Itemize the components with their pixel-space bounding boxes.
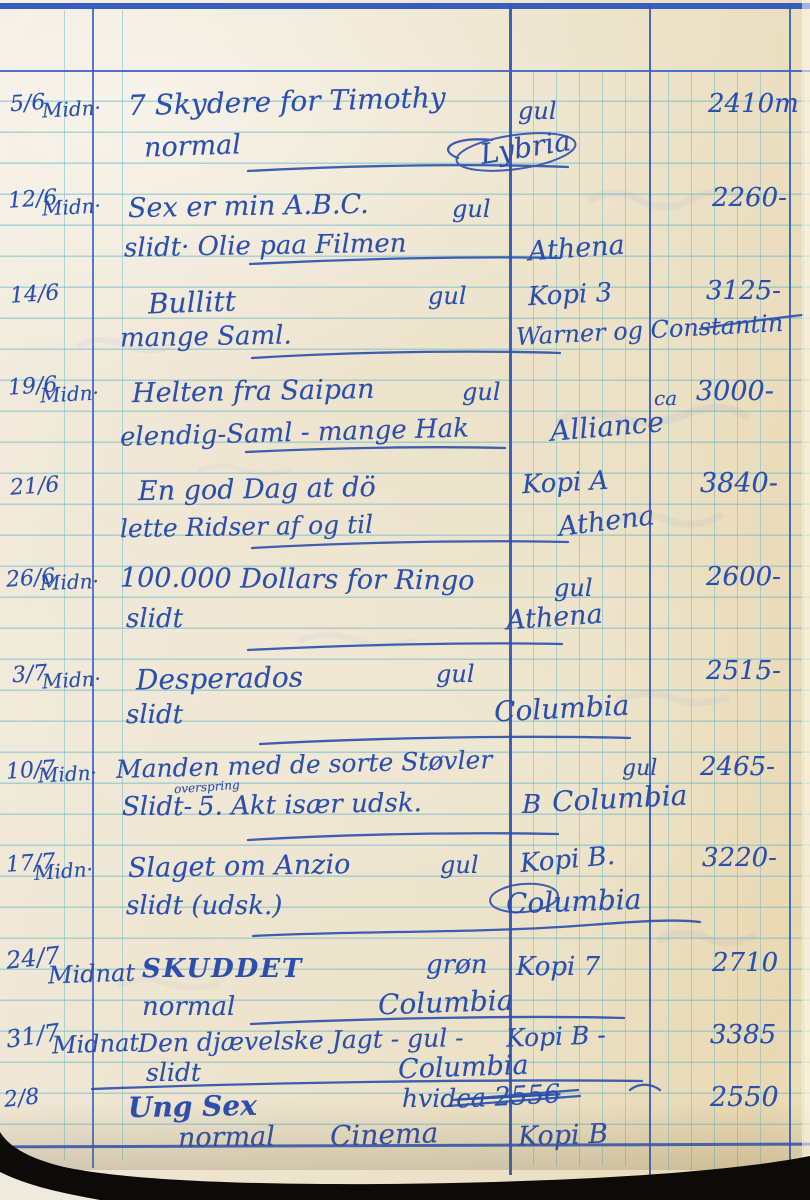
distributor: Columbia bbox=[505, 883, 641, 921]
amount: 2515- bbox=[706, 656, 781, 686]
ledger-row: 3/7 Midn· Desperados gul 2515- slidt Col… bbox=[0, 656, 810, 751]
distributor: Lybria bbox=[478, 124, 573, 171]
distributor: Warner og Constantin bbox=[515, 309, 783, 351]
entry-time: Midn· bbox=[40, 569, 100, 595]
color-note: gul bbox=[436, 660, 475, 688]
condition-note: normal bbox=[143, 129, 241, 163]
film-title: Bullitt bbox=[147, 284, 236, 320]
film-title: Manden med de sorte Støvler bbox=[116, 745, 493, 784]
amount: 2600- bbox=[706, 562, 781, 592]
color-note: gul bbox=[622, 756, 657, 781]
film-title: Helten fra Saipan bbox=[132, 374, 375, 409]
ledger-row: 10/7 Midn· Manden med de sorte Støvler g… bbox=[0, 750, 810, 845]
distributor: Columbia bbox=[377, 984, 513, 1022]
entry-date: 14/6 bbox=[9, 280, 60, 308]
entry-time: Midn· bbox=[33, 857, 93, 885]
ledger-row: 21/6 En god Dag at dö Kopi A 3840- lette… bbox=[0, 466, 810, 561]
entry-date: 2/8 bbox=[3, 1084, 41, 1113]
entry-time: Midnat bbox=[48, 958, 136, 989]
color-note: gul bbox=[452, 195, 491, 223]
ledger-row: 19/6 Midn· Helten fra Saipan gul ca 3000… bbox=[0, 370, 810, 465]
distributor: Athena bbox=[505, 599, 604, 637]
condition-note: normal bbox=[142, 992, 235, 1022]
entry-time: Midn· bbox=[39, 380, 99, 407]
crossed-out-amount: ca 2556 bbox=[455, 1079, 561, 1114]
amount: 3840- bbox=[700, 468, 778, 499]
inspection-note: 5. Akt især udsk. bbox=[198, 788, 422, 822]
ledger-page-photo: 5/6 Midn· 7 Skydere for Timothy normal g… bbox=[0, 0, 810, 1200]
amount: 2710 bbox=[712, 948, 778, 978]
ledger-row: 14/6 Bullitt gul Kopi 3 mange Saml. Warn… bbox=[0, 276, 810, 371]
condition-note: slidt bbox=[126, 604, 183, 634]
distributor: Athena bbox=[527, 230, 626, 268]
condition-note: slidt bbox=[126, 700, 183, 730]
distributor: Alliance bbox=[549, 405, 666, 448]
copy-note: Kopi B. bbox=[519, 841, 616, 879]
distributor: Columbia bbox=[397, 1050, 529, 1086]
copy-note: Kopi 7 bbox=[516, 952, 600, 982]
color-note: hvid bbox=[402, 1084, 456, 1113]
copy-note: Kopi B bbox=[517, 1118, 608, 1152]
film-title: SKUDDET bbox=[142, 954, 303, 984]
amount: 2465- bbox=[700, 752, 775, 782]
film-title: Desperados bbox=[136, 661, 304, 697]
amount: 2410m bbox=[708, 89, 799, 119]
condition-note: elendig-Saml - mange Hak bbox=[120, 413, 470, 452]
entry-time: Midnat bbox=[52, 1028, 140, 1059]
film-title: En god Dag at dö bbox=[138, 472, 376, 507]
film-title: 100.000 Dollars for Ringo bbox=[120, 562, 475, 596]
distributor: Columbia bbox=[551, 778, 688, 818]
header-rule-line bbox=[0, 70, 810, 72]
film-title: 7 Skydere for Timothy bbox=[128, 81, 446, 122]
film-title: Sex er min A.B.C. bbox=[128, 189, 369, 224]
color-note: gul bbox=[462, 378, 501, 406]
amount: 3220- bbox=[702, 843, 777, 873]
copy-note: Kopi 3 bbox=[527, 278, 613, 312]
copy-note: Kopi A bbox=[521, 466, 609, 500]
condition-note: lette Ridser af og til bbox=[120, 510, 374, 543]
condition-note: mange Saml. bbox=[120, 321, 292, 354]
ledger-row: 26/6 Midn· 100.000 Dollars for Ringo gul… bbox=[0, 560, 810, 655]
distributor: Columbia bbox=[493, 688, 630, 728]
entry-time: Midn· bbox=[37, 760, 97, 787]
condition-note: Slidt- bbox=[122, 792, 192, 822]
color-note: gul bbox=[428, 282, 467, 310]
distributor: Athena bbox=[556, 500, 656, 543]
color-note: gul bbox=[554, 574, 593, 602]
amount: 3125- bbox=[706, 276, 781, 306]
entry-time: Midn· bbox=[41, 193, 101, 220]
color-note: grøn bbox=[426, 950, 487, 980]
film-title: Ung Sex bbox=[128, 1089, 257, 1124]
amount: 2260- bbox=[712, 183, 787, 213]
entry-time: Midn· bbox=[41, 666, 101, 693]
color-note: gul bbox=[518, 97, 557, 125]
top-rule-line bbox=[0, 3, 810, 9]
ledger-row: 5/6 Midn· 7 Skydere for Timothy normal g… bbox=[0, 85, 810, 180]
ledger-row: 17/7 Midn· Slaget om Anzio gul Kopi B. 3… bbox=[0, 843, 810, 938]
condition-note: slidt· Olie paa Filmen bbox=[124, 229, 407, 264]
film-title: Den djævelske Jagt - gul - bbox=[138, 1023, 464, 1058]
entry-time: Midn· bbox=[41, 95, 101, 122]
ledger-row: 12/6 Midn· Sex er min A.B.C. gul slidt· … bbox=[0, 183, 810, 278]
condition-note: normal bbox=[178, 1121, 275, 1154]
condition-note: slidt (udsk.) bbox=[126, 891, 282, 921]
copy-letter-note: B bbox=[522, 790, 541, 820]
amount: 2550 bbox=[710, 1082, 779, 1113]
copy-note: Kopi B - bbox=[506, 1020, 607, 1052]
amount: 3000- bbox=[696, 376, 774, 407]
film-title: Slaget om Anzio bbox=[128, 849, 351, 884]
amount: 3385 bbox=[710, 1020, 776, 1050]
ledger-row: 31/7 Midnat Den djævelske Jagt - gul - K… bbox=[0, 1020, 810, 1082]
color-note: gul bbox=[440, 851, 479, 879]
distributor: Cinema bbox=[329, 1116, 438, 1153]
entry-date: 21/6 bbox=[9, 472, 60, 500]
ledger-row: 2/8 Ung Sex hvid ca 2556 2550 normal Cin… bbox=[0, 1082, 810, 1162]
